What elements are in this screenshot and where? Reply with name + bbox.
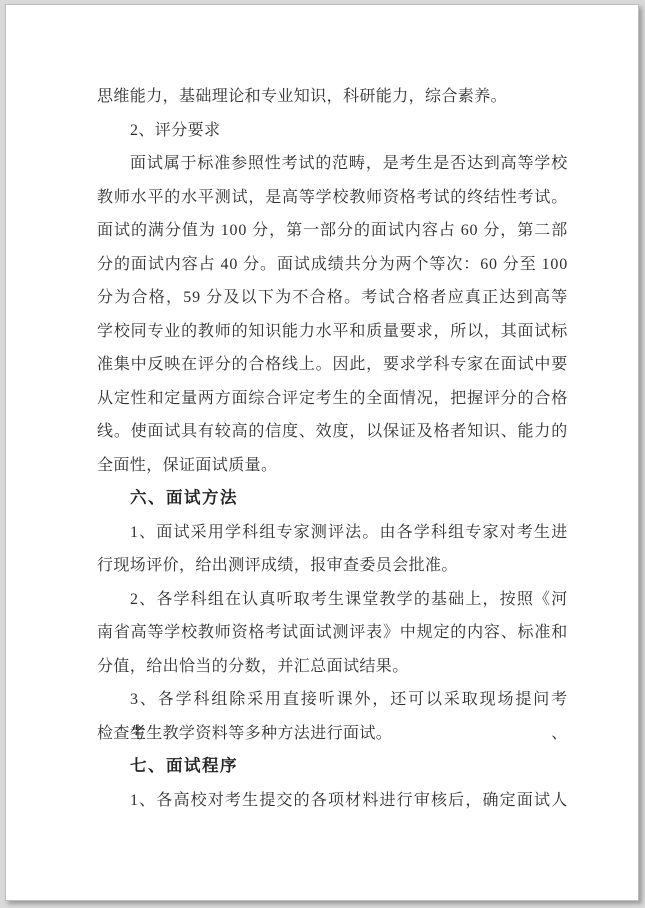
doc-line: 分值，给出恰当的分数，并汇总面试结果。 <box>97 650 568 684</box>
doc-line: 行现场评价，给出测评成绩，报审查委员会批准。 <box>97 549 568 583</box>
doc-line: 分为合格，59 分及以下为不合格。考试合格者应真正达到高等 <box>97 281 568 315</box>
document-page: 思维能力，基础理论和专业知识，科研能力，综合素养。 2、评分要求 面试属于标准参… <box>5 4 639 901</box>
doc-line: 准集中反映在评分的合格线上。因此，要求学科专家在面试中要 <box>97 348 568 382</box>
section-heading-interview-methods: 六、面试方法 <box>97 482 568 516</box>
section-heading-interview-procedure: 七、面试程序 <box>97 750 568 784</box>
doc-line: 面试的满分值为 100 分，第一部分的面试内容占 60 分，第二部 <box>97 214 568 248</box>
doc-line-scoring-requirements: 2、评分要求 <box>97 114 568 148</box>
doc-line: 1、面试采用学科组专家测评法。由各学科组专家对考生进 <box>97 516 568 550</box>
doc-line: 从定性和定量两方面综合评定考生的全面情况，把握评分的合格 <box>97 382 568 416</box>
doc-line: 1、各高校对考生提交的各项材料进行审核后，确定面试人 <box>97 784 568 818</box>
doc-line: 南省高等学校教师资格考试面试测评表》中规定的内容、标准和 <box>97 616 568 650</box>
doc-line: 教师水平的水平测试，是高等学校教师资格考试的终结性考试。 <box>97 181 568 215</box>
doc-line: 面试属于标准参照性考试的范畴，是考生是否达到高等学校 <box>97 147 568 181</box>
doc-line: 思维能力，基础理论和专业知识，科研能力，综合素养。 <box>97 80 568 114</box>
doc-line: 学校同专业的教师的知识能力水平和质量要求，所以，其面试标 <box>97 315 568 349</box>
doc-line: 2、各学科组在认真听取考生课堂教学的基础上，按照《河 <box>97 583 568 617</box>
doc-line: 3、各学科组除采用直接听课外，还可以采取现场提问考生、 <box>97 683 568 717</box>
doc-line: 全面性，保证面试质量。 <box>97 449 568 483</box>
doc-line: 线。使面试具有较高的信度、效度，以保证及格者知识、能力的 <box>97 415 568 449</box>
document-text-block: 思维能力，基础理论和专业知识，科研能力，综合素养。 2、评分要求 面试属于标准参… <box>6 5 638 817</box>
doc-line: 分的面试内容占 40 分。面试成绩共分为两个等次：60 分至 100 <box>97 248 568 282</box>
